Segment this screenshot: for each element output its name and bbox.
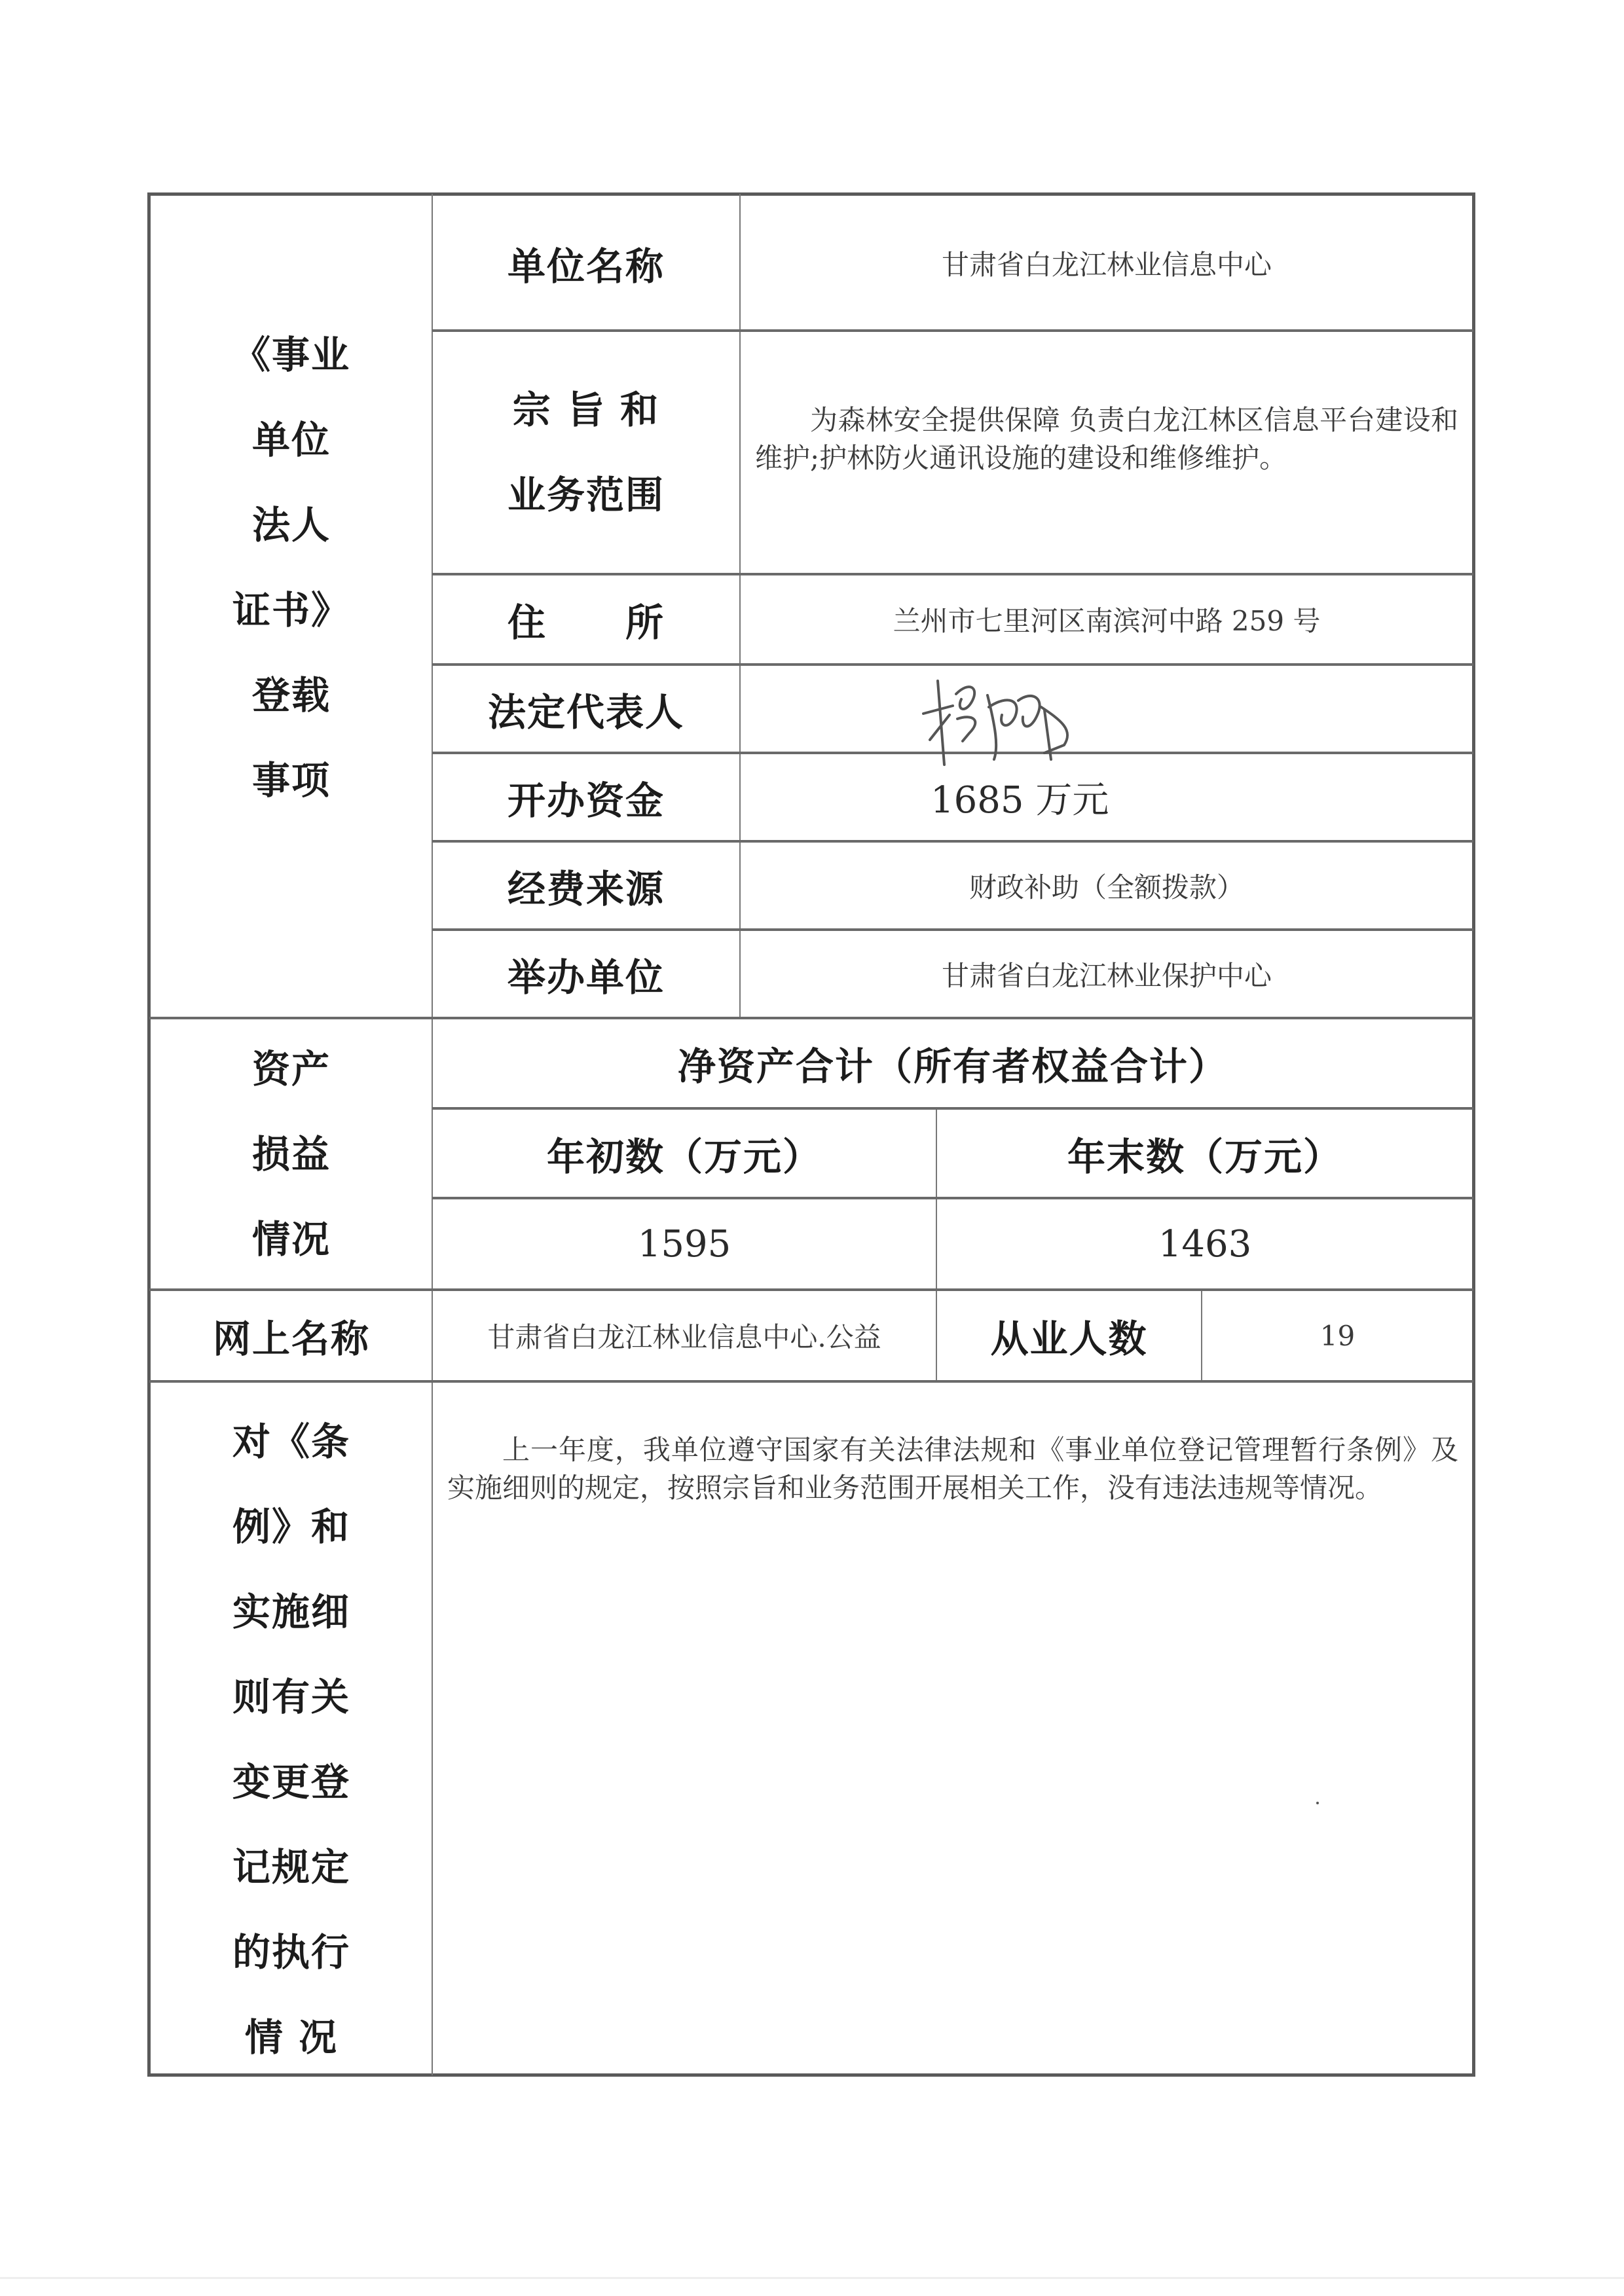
staff-count-value: 19	[1202, 1291, 1473, 1380]
funding-source-value: 财政补助（全额拨款）	[741, 843, 1473, 928]
registration-side-label: 《事业 单位 法人 证书》 登载 事项	[151, 196, 432, 1017]
compliance-text: 上一年度，我单位遵守国家有关法律法规和《事业单位登记管理暂行条例》及实施细则的规…	[447, 1431, 1458, 1507]
online-name-value: 甘肃省白龙江林业信息中心.公益	[433, 1291, 936, 1380]
startup-capital-label: 开办资金	[433, 754, 739, 840]
label-text: 从业人数	[990, 1308, 1147, 1363]
side-label-line: 单位	[252, 397, 331, 483]
assets-side-label: 资产 损益 情况	[151, 1019, 432, 1288]
side-label-line: 事项	[252, 738, 331, 823]
speck	[1316, 1802, 1319, 1804]
value-text: 兰州市七里河区南滨河中路 259 号	[893, 600, 1321, 639]
value-text: 1685 万元	[931, 771, 1109, 824]
value-text: 财政补助（全额拨款）	[969, 866, 1244, 905]
label-text: 法定代表人	[488, 682, 684, 737]
label-text: 开办资金	[507, 770, 665, 825]
label-text: 经费来源	[507, 858, 665, 913]
compliance-text-cell: 上一年度，我单位遵守国家有关法律法规和《事业单位登记管理暂行条例》及实施细则的规…	[433, 1383, 1473, 2073]
side-label-line: 情 况	[245, 1995, 338, 2080]
side-label-line: 变更登	[232, 1740, 350, 1825]
header-text: 净资产合计（所有者权益合计）	[678, 1036, 1228, 1091]
label-text: 举办单位	[507, 947, 665, 1002]
value-text: 甘肃省白龙江林业信息中心	[942, 244, 1272, 283]
header-text: 年末数（万元）	[1067, 1126, 1342, 1181]
header-text: 年初数（万元）	[547, 1126, 822, 1181]
value-text: 19	[1320, 1320, 1355, 1352]
side-label-line: 对《条	[232, 1399, 350, 1484]
begin-year-value: 1595	[433, 1199, 936, 1288]
sponsor-label: 举办单位	[433, 931, 739, 1017]
startup-capital-value: 1685 万元	[741, 754, 1473, 840]
value-text: 1463	[1158, 1223, 1252, 1266]
side-label-line: 《事业	[232, 312, 350, 397]
side-label-line: 例》和	[232, 1484, 350, 1569]
sponsor-value: 甘肃省白龙江林业保护中心	[741, 931, 1473, 1017]
address-value: 兰州市七里河区南滨河中路 259 号	[741, 575, 1473, 663]
label-text: 单位名称	[507, 236, 665, 291]
value-text: 甘肃省白龙江林业信息中心.公益	[487, 1316, 881, 1355]
legal-rep-label: 法定代表人	[433, 666, 739, 752]
side-label-line: 资产	[252, 1027, 331, 1112]
label-text: 业务范围	[507, 452, 665, 538]
side-label-line: 登载	[252, 653, 331, 738]
side-label-line: 情况	[252, 1197, 331, 1282]
label-text: 宗 旨 和	[513, 367, 659, 452]
value-text: 1595	[638, 1223, 731, 1266]
scan-edge	[0, 2277, 1624, 2279]
unit-name-value: 甘肃省白龙江林业信息中心	[741, 196, 1473, 329]
address-label: 住 所	[433, 575, 739, 663]
unit-name-label: 单位名称	[433, 196, 739, 329]
end-year-header: 年末数（万元）	[937, 1110, 1473, 1197]
purpose-text: 为森林安全提供保障 负责白龙江林区信息平台建设和维护;护林防火通讯设施的建设和维…	[755, 401, 1458, 477]
compliance-side-label: 对《条 例》和 实施细 则有关 变更登 记规定 的执行 情 况	[151, 1383, 432, 2073]
purpose-scope-value: 为森林安全提供保障 负责白龙江林区信息平台建设和维护;护林防火通讯设施的建设和维…	[741, 332, 1473, 573]
staff-count-label: 从业人数	[937, 1291, 1201, 1380]
side-label-line: 损益	[252, 1112, 331, 1197]
begin-year-header: 年初数（万元）	[433, 1110, 936, 1197]
side-label-line: 实施细	[232, 1569, 350, 1654]
label-text: 住 所	[507, 592, 665, 647]
funding-source-label: 经费来源	[433, 843, 739, 928]
side-label-line: 证书》	[232, 568, 350, 653]
document-page: 《事业 单位 法人 证书》 登载 事项 单位名称 甘肃省白龙江林业信息中心 宗 …	[0, 0, 1624, 2296]
purpose-scope-label: 宗 旨 和 业务范围	[433, 332, 739, 573]
end-year-value: 1463	[937, 1199, 1473, 1288]
side-label-line: 记规定	[232, 1825, 350, 1910]
side-label-line: 则有关	[232, 1654, 350, 1740]
label-text: 网上名称	[213, 1308, 370, 1363]
online-name-label: 网上名称	[151, 1291, 432, 1380]
net-assets-header: 净资产合计（所有者权益合计）	[433, 1019, 1473, 1107]
side-label-line: 的执行	[232, 1910, 350, 1995]
value-text: 甘肃省白龙江林业保护中心	[942, 955, 1272, 994]
side-label-line: 法人	[252, 483, 331, 568]
